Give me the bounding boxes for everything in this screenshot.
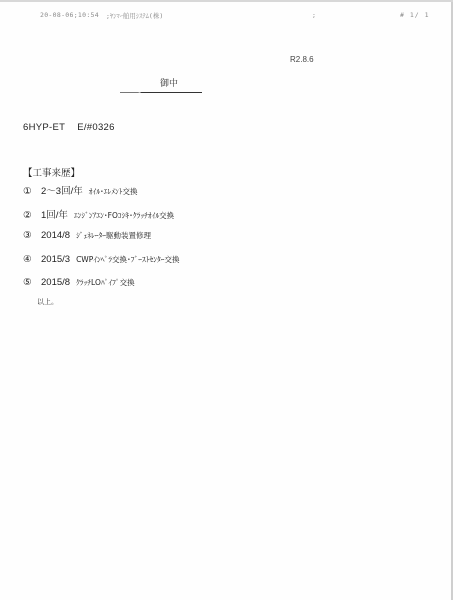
fax-datetime: 20-08-06;10:54: [40, 11, 99, 19]
history-description: ｵｲﾙ･ｴﾚﾒﾝﾄ交換: [89, 186, 138, 197]
fax-separator: ;: [312, 11, 316, 19]
addressee-block: 御中: [120, 76, 202, 94]
history-item: ④ 2015/3 CWPｲﾝﾍﾟﾗ交換･ﾌﾞｰｽﾄｾﾝﾀｰ交換: [23, 254, 180, 278]
history-description: ｼﾞｪﾈﾚｰﾀｰ駆動装置修理: [76, 230, 151, 241]
history-number: ⑤: [23, 277, 41, 288]
work-history-list: ① 2～3回/年 ｵｲﾙ･ｴﾚﾒﾝﾄ交換 ② 1回/年 ｴﾝｼﾞﾝｱｴﾝ･FOｺ…: [23, 183, 180, 301]
history-item: ① 2～3回/年 ｵｲﾙ･ｴﾚﾒﾝﾄ交換: [23, 183, 180, 207]
history-number: ①: [23, 186, 41, 197]
fax-transmission-header: 20-08-06;10:54 ;ﾔﾝﾏｰ舶用ｼｽﾃﾑ(株) ; # 1/ 1: [0, 8, 453, 22]
addressee-underline: [120, 92, 202, 93]
section-title: 【工事来歴】: [23, 165, 80, 179]
engine-model-line: 6HYP-ETE/#0326: [23, 122, 115, 133]
history-description: CWPｲﾝﾍﾟﾗ交換･ﾌﾞｰｽﾄｾﾝﾀｰ交換: [76, 254, 179, 265]
engine-model: 6HYP-ET: [23, 122, 65, 133]
closing-remark: 以上。: [37, 297, 58, 307]
addressee-suffix: 御中: [160, 76, 178, 89]
fax-page: 20-08-06;10:54 ;ﾔﾝﾏｰ舶用ｼｽﾃﾑ(株) ; # 1/ 1 R…: [0, 0, 453, 600]
fax-page-count: # 1/ 1: [400, 11, 429, 19]
history-date: 2～3回/年: [41, 183, 83, 197]
history-date: 2015/8: [41, 277, 70, 288]
history-item: ③ 2014/8 ｼﾞｪﾈﾚｰﾀｰ駆動装置修理: [23, 230, 180, 254]
history-description: ｴﾝｼﾞﾝｱｴﾝ･FOｺｼｷ･ｸﾗｯﾁｵｲﾙ交換: [74, 210, 174, 221]
history-number: ④: [23, 254, 41, 265]
engine-serial: E/#0326: [77, 122, 115, 133]
history-description: ｸﾗｯﾁLOﾊﾟｲﾌﾟ交換: [76, 277, 135, 288]
fax-sender: ;ﾔﾝﾏｰ舶用ｼｽﾃﾑ(株): [106, 11, 163, 20]
history-item: ② 1回/年 ｴﾝｼﾞﾝｱｴﾝ･FOｺｼｷ･ｸﾗｯﾁｵｲﾙ交換: [23, 207, 180, 231]
history-date: 1回/年: [41, 207, 68, 221]
history-number: ③: [23, 230, 41, 241]
history-number: ②: [23, 210, 41, 221]
history-date: 2015/3: [41, 254, 70, 265]
history-date: 2014/8: [41, 230, 70, 241]
revision-label: R2.8.6: [290, 55, 314, 64]
